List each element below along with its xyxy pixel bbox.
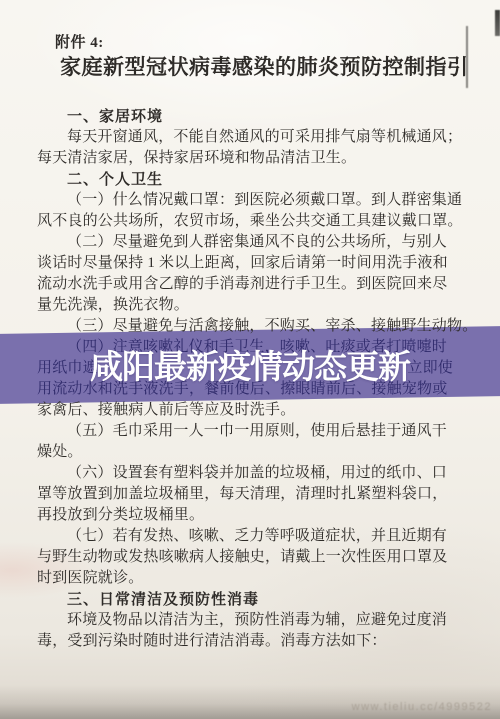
document-line: 二、个人卫生 [37,169,471,190]
document-line: 再投放到分类垃圾桶里。 [37,505,471,526]
document-line: 罩等放置到加盖垃圾桶里，每天清理，清理时扎紧塑料袋口， [37,484,471,505]
document-line: 每天开窗通风，不能自然通风的可采用排气扇等机械通风； [37,127,471,148]
document-title: 家庭新型冠状病毒感染的肺炎预防控制指引 [60,51,470,81]
footer-faint-watermark: www.tieliu.cc/4999522 [352,701,492,713]
document-line: （一）什么情况戴口罩：到医院必须戴口罩。到人群密集通 [37,190,471,211]
document-line: 风不良的公共场所，农贸市场，乘坐公共交通工具建议戴口罩。 [37,211,471,232]
document-line: 流动水洗手或用含乙醇的手消毒剂进行手卫生。到医院回来尽 [37,274,471,295]
document-line: （六）设置套有塑料袋并加盖的垃圾桶，用过的纸巾、口 [37,463,471,484]
document-line: 家禽后、接触病人前后等应及时洗手。 [37,400,471,421]
document-line: （五）毛巾采用一人一巾一用原则，使用后悬挂于通风干 [37,421,471,442]
document-line: 毒，受到污染时随时进行清洁消毒。消毒方法如下： [37,631,471,652]
document-line: 量先洗澡，换洗衣物。 [37,295,471,316]
document-line: 一、家居环境 [37,106,471,127]
document-line: 与野生动物或发热咳嗽病人接触史，请戴上一次性医用口罩及 [37,547,471,568]
document-line: 三、日常清洁及预防性消毒 [37,589,471,610]
paper-edge-dark-sliver [495,10,500,36]
document-line: 谈话时尽量保持 1 米以上距离，回家后请第一时间用洗手液和 [37,253,471,274]
document-line: （二）尽量避免到人群密集通风不良的公共场所，与别人 [37,232,471,253]
document-line: （七）若有发热、咳嗽、乏力等呼吸道症状，并且近期有 [37,526,471,547]
document-line: 时到医院就诊。 [37,568,471,589]
document-line: 环境及物品以清洁为主，预防性消毒为辅，应避免过度消 [37,610,471,631]
document-line: 每天清洁家居，保持家居环境和物品清洁卫生。 [37,148,471,169]
document-line: 燥处。 [37,442,471,463]
overlay-watermark-text: 咸阳最新疫情动态更新 [0,341,500,388]
appendix-label: 附件 4: [55,31,104,52]
document-line: （三）尽量避免与活禽接触，不购买、宰杀、接触野生动物。 [37,316,471,337]
document-photo: 附件 4: 家庭新型冠状病毒感染的肺炎预防控制指引 一、家居环境每天开窗通风，不… [0,0,500,719]
